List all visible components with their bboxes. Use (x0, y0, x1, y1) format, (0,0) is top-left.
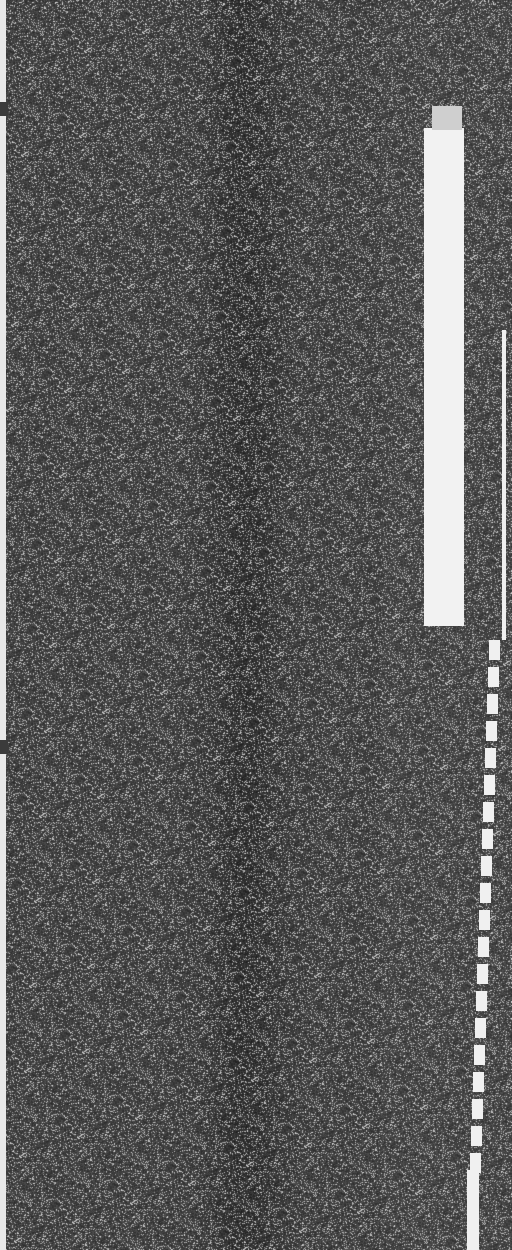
edge-line-segment (476, 991, 487, 1011)
edge-line-segment (488, 667, 499, 687)
edge-line-segment (478, 937, 489, 957)
edge-line-segment (477, 964, 488, 984)
edge-line-segment (487, 694, 498, 714)
edge-line-segment (467, 1170, 479, 1250)
edge-line-segment (481, 856, 492, 876)
edge-line-segment (474, 1045, 485, 1065)
edge-line-segment (479, 910, 490, 930)
edge-line-segment (489, 640, 500, 660)
left-border-notch (0, 740, 8, 754)
edge-line-segment (472, 1099, 483, 1119)
edge-line-segment (483, 802, 494, 822)
solid-lane-marking (424, 128, 464, 626)
edge-line-segment (471, 1126, 482, 1146)
edge-line-segment (484, 775, 495, 795)
left-border-notch (0, 102, 8, 116)
edge-line-segment (502, 330, 506, 640)
edge-line-segment (480, 883, 491, 903)
edge-line-segment (473, 1072, 484, 1092)
edge-line-segment (475, 1018, 486, 1038)
left-border-strip (0, 0, 6, 1250)
edge-line-segment (485, 748, 496, 768)
lane-marking-worn-tip (432, 106, 462, 130)
edge-line-segment (482, 829, 493, 849)
road-scene: Grayscale overhead view of an asphalt ro… (0, 0, 512, 1250)
edge-line-segment (486, 721, 497, 741)
